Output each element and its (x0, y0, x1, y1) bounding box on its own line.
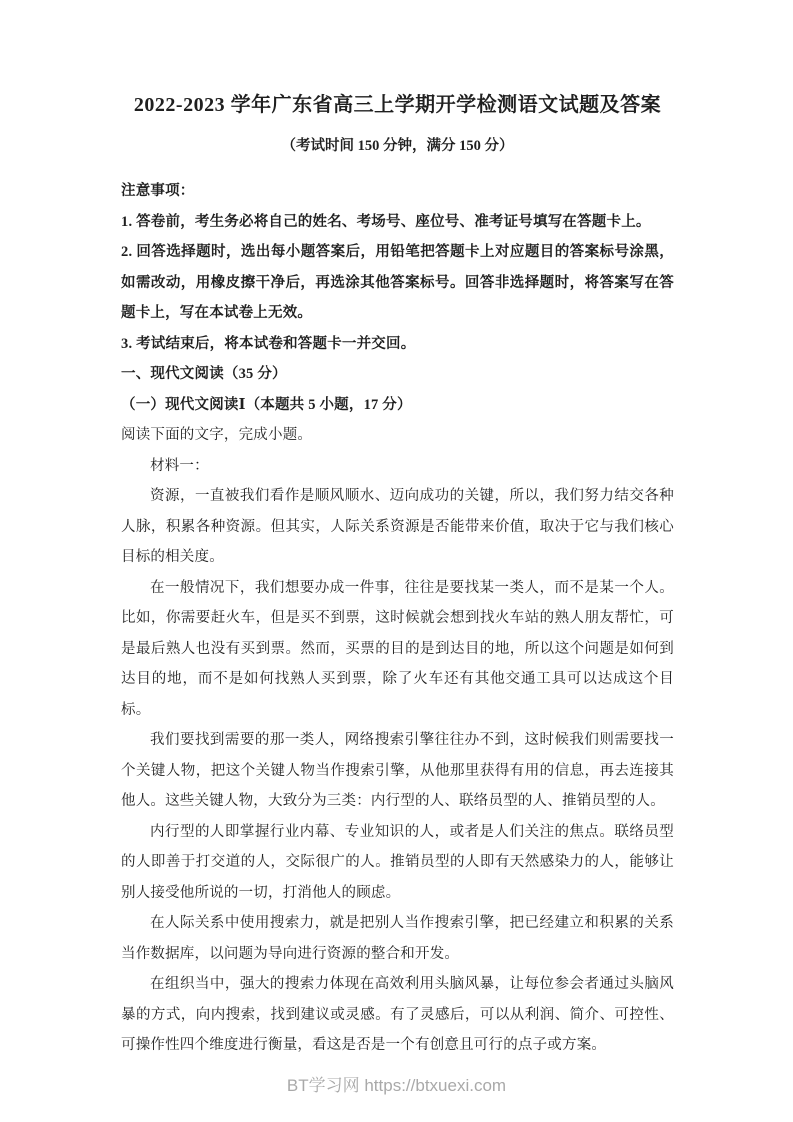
material-paragraph: 在人际关系中使用搜索力，就是把别人当作搜索引擎，把已经建立和积累的关系当作数据库… (121, 908, 674, 969)
notice-item-1: 1. 答卷前，考生务必将自己的姓名、考场号、座位号、准考证号填写在答题卡上。 (121, 207, 674, 238)
reading-instruction: 阅读下面的文字，完成小题。 (121, 420, 674, 451)
notice-item-2: 2. 回答选择题时，选出每小题答案后，用铅笔把答题卡上对应题目的答案标号涂黑，如… (121, 237, 674, 329)
material-label: 材料一： (121, 451, 674, 482)
page-title: 2022-2023 学年广东省高三上学期开学检测语文试题及答案 (121, 90, 674, 120)
page-footer: BT学习网 https://btxuexi.com (0, 1071, 793, 1096)
exam-time-score-subtitle: （考试时间 150 分钟，满分 150 分） (121, 132, 674, 160)
document-page: 2022-2023 学年广东省高三上学期开学检测语文试题及答案 （考试时间 15… (0, 0, 793, 1122)
notice-item-3: 3. 考试结束后，将本试卷和答题卡一并交回。 (121, 329, 674, 360)
material-paragraph: 在组织当中，强大的搜索力体现在高效利用头脑风暴，让每位参会者通过头脑风暴的方式，… (121, 969, 674, 1061)
material-paragraph: 我们要找到需要的那一类人，网络搜索引擎往往办不到，这时候我们则需要找一个关键人物… (121, 725, 674, 817)
site-watermark-link[interactable]: BT学习网 https://btxuexi.com (287, 1076, 506, 1095)
material-paragraph: 资源，一直被我们看作是顺风顺水、迈向成功的关键，所以，我们努力结交各种人脉，积累… (121, 481, 674, 573)
material-paragraph: 内行型的人即掌握行业内幕、专业知识的人，或者是人们关注的焦点。联络员型的人即善于… (121, 817, 674, 909)
section-heading-modern-reading: 一、现代文阅读（35 分） (121, 359, 674, 390)
notice-heading: 注意事项： (121, 176, 674, 207)
subsection-heading-reading-1: （一）现代文阅读Ⅰ（本题共 5 小题，17 分） (121, 390, 674, 421)
material-paragraph: 在一般情况下，我们想要办成一件事，往往是要找某一类人，而不是某一个人。比如，你需… (121, 573, 674, 726)
